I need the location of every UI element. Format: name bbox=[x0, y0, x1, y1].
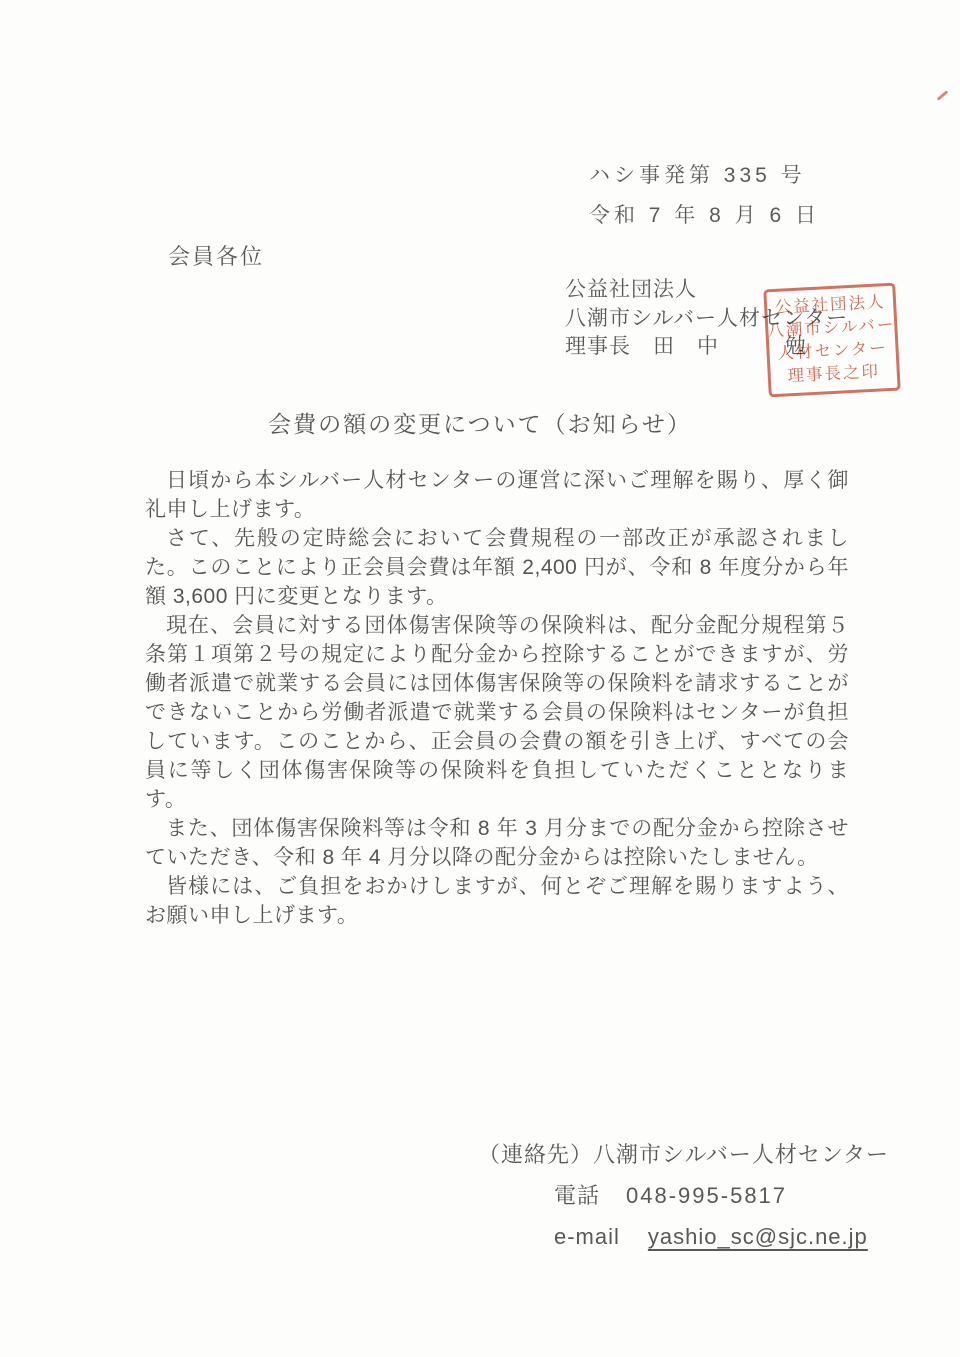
letter-body: 日頃から本シルバー人材センターの運営に深いご理解を賜り、厚く御礼申し上げます。 … bbox=[145, 466, 849, 930]
phone-number: 048-995-5817 bbox=[626, 1183, 787, 1208]
document-date: 令和 7 年 8 月 6 日 bbox=[589, 196, 820, 236]
seal-line: 理事長之印 bbox=[787, 361, 881, 389]
document-number: ハシ事発第 335 号 bbox=[589, 156, 820, 196]
red-seal-stamp: 公益社団法人 八潮市シルバー 人材センター 理事長之印 bbox=[763, 283, 900, 398]
phone-label: 電話 bbox=[554, 1183, 600, 1208]
scanned-letter-page: ハシ事発第 335 号 令和 7 年 8 月 6 日 会員各位 公益社団法人 八… bbox=[0, 0, 960, 1357]
document-header: ハシ事発第 335 号 令和 7 年 8 月 6 日 bbox=[589, 156, 820, 236]
email-address: yashio_sc@sjc.ne.jp bbox=[648, 1224, 868, 1249]
paragraph: さて、先般の定時総会において会費規程の一部改正が承認されました。このことにより正… bbox=[145, 524, 849, 611]
contact-email-line: e-mailyashio_sc@sjc.ne.jp bbox=[478, 1216, 889, 1257]
paragraph: 日頃から本シルバー人材センターの運営に深いご理解を賜り、厚く御礼申し上げます。 bbox=[145, 466, 849, 524]
addressee: 会員各位 bbox=[168, 240, 264, 271]
letter-title: 会費の額の変更について（お知らせ） bbox=[0, 406, 960, 439]
contact-phone-line: 電話048-995-5817 bbox=[478, 1175, 889, 1216]
paragraph: 皆様には、ご負担をおかけしますが、何とぞご理解を賜りますよう、お願い申し上げます… bbox=[145, 872, 849, 930]
scan-artifact-mark bbox=[937, 90, 949, 101]
paragraph: また、団体傷害保険料等は令和 8 年 3 月分までの配分金から控除させていただき… bbox=[145, 814, 849, 872]
paragraph: 現在、会員に対する団体傷害保険等の保険料は、配分金配分規程第５条第１項第２号の規… bbox=[145, 611, 849, 814]
contact-heading: （連絡先）八潮市シルバー人材センター bbox=[478, 1134, 889, 1175]
contact-block: （連絡先）八潮市シルバー人材センター 電話048-995-5817 e-mail… bbox=[478, 1134, 889, 1257]
email-label: e-mail bbox=[554, 1224, 620, 1249]
